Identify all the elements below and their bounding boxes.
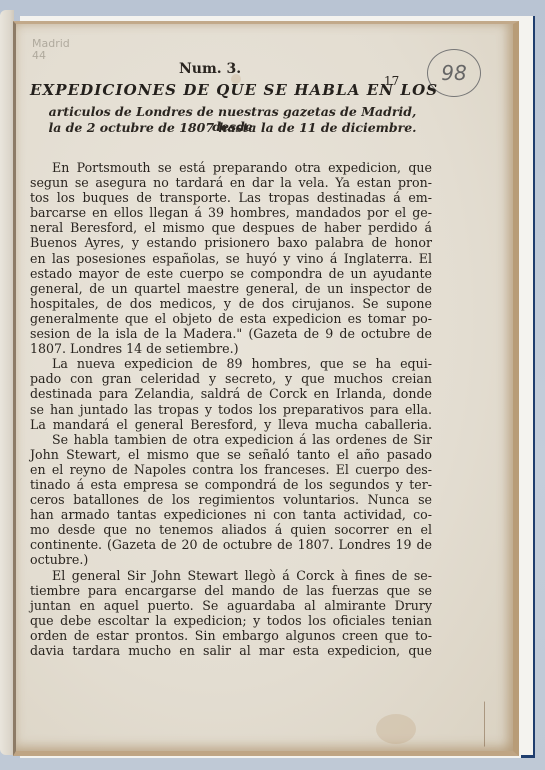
- text-line: En Portsmouth se está preparando otra ex…: [30, 160, 432, 175]
- article-body: En Portsmouth se está preparando otra ex…: [30, 160, 432, 658]
- text-line: se han juntado las tropas y todos los pr…: [30, 402, 432, 417]
- text-line: han armado tantas expediciones ni con ta…: [30, 507, 432, 522]
- paragraph-4: El general Sir John Stewart llegò á Corc…: [30, 568, 432, 659]
- text-line: tinado á esta empresa se compondrá de lo…: [30, 477, 432, 492]
- adjacent-page-edge: [0, 10, 14, 755]
- text-line: La mandará el general Beresford, y lleva…: [30, 417, 432, 432]
- text-line: Buenos Ayres, y estando prisionero baxo …: [30, 235, 432, 250]
- text-line: octubre.): [30, 552, 432, 567]
- text-line: generalmente que el objeto de esta exped…: [30, 311, 432, 326]
- corner-fold: [484, 686, 503, 747]
- text-line: barcarse en ellos llegan á 39 hombres, m…: [30, 205, 432, 220]
- text-line: en las posesiones españolas, se huyó y v…: [30, 251, 432, 266]
- text-line: neral Beresford, el mismo que despues de…: [30, 220, 432, 235]
- text-line: destinada para Zelandia, saldrá de Corck…: [30, 386, 432, 401]
- text-line: estado mayor de este cuerpo se compondra…: [30, 266, 432, 281]
- document-page: Madrid 44 98 Num. 3. 17 EXPEDICIONES DE …: [13, 21, 519, 756]
- text-line: 1807. Londres 14 de setiembre.): [30, 341, 432, 356]
- text-line: continente. (Gazeta de 20 de octubre de …: [30, 537, 432, 552]
- text-line: sesion de la isla de la Madera." (Gazeta…: [30, 326, 432, 341]
- text-line: tos los buques de transporte. Las tropas…: [30, 190, 432, 205]
- text-line: mo desde que no tenemos aliados á quien …: [30, 522, 432, 537]
- text-line: orden de estar prontos. Sin embargo algu…: [30, 628, 432, 643]
- pencil-note: Madrid 44: [32, 38, 70, 62]
- text-line: que debe escoltar la expedicion; y todos…: [30, 613, 432, 628]
- paragraph-1: En Portsmouth se está preparando otra ex…: [30, 160, 432, 356]
- folio-number: 98: [441, 61, 466, 85]
- paragraph-2: La nueva expedicion de 89 hombres, que s…: [30, 356, 432, 431]
- paper-stain: [376, 714, 416, 744]
- text-line: juntan en aquel puerto. Se aguardaba al …: [30, 598, 432, 613]
- text-line: hospitales, de dos medicos, y de dos cir…: [30, 296, 432, 311]
- text-line: El general Sir John Stewart llegò á Corc…: [30, 568, 432, 583]
- text-line: pado con gran celeridad y secreto, y que…: [30, 371, 432, 386]
- text-line: Se habla tambien de otra expedicion á la…: [30, 432, 432, 447]
- text-line: tiembre para encargarse del mando de las…: [30, 583, 432, 598]
- text-line: en el reyno de Napoles contra los france…: [30, 462, 432, 477]
- text-line: general, de un quartel maestre general, …: [30, 281, 432, 296]
- text-line: ceros batallones de los regimientos volu…: [30, 492, 432, 507]
- document-title: EXPEDICIONES DE QUE SE HABLA EN LOS: [30, 81, 435, 99]
- paragraph-3: Se habla tambien de otra expedicion á la…: [30, 432, 432, 568]
- subtitle-line: la de 2 octubre de 1807 hasta la de 11 d…: [30, 120, 435, 135]
- text-line: segun se asegura no tardará en dar la ve…: [30, 175, 432, 190]
- issue-number: Num. 3.: [179, 61, 241, 77]
- text-line: La nueva expedicion de 89 hombres, que s…: [30, 356, 432, 371]
- text-line: davia tardara mucho en salir al mar esta…: [30, 643, 432, 658]
- text-line: John Stewart, el mismo que se señaló tan…: [30, 447, 432, 462]
